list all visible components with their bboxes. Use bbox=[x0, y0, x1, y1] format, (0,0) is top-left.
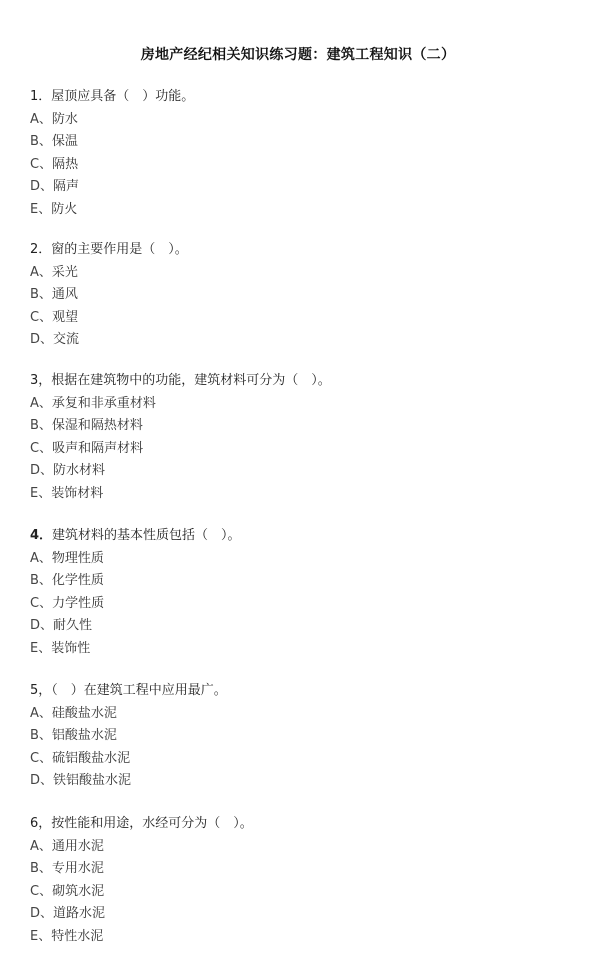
option-text: 铁铝酸盐水泥 bbox=[53, 773, 131, 788]
option-e: E、装饰材料 bbox=[30, 483, 570, 506]
option-e: E、防火 bbox=[30, 199, 570, 222]
question-text: 根据在建筑物中的功能，建筑材料可分为（ ）。 bbox=[51, 373, 331, 388]
option-letter: D、 bbox=[30, 615, 53, 638]
option-text: 通用水泥 bbox=[52, 839, 104, 854]
option-text: 吸声和隔声材料 bbox=[52, 441, 143, 456]
option-letter: C、 bbox=[30, 748, 52, 771]
option-text: 隔声 bbox=[53, 179, 79, 194]
option-text: 硅酸盐水泥 bbox=[52, 706, 117, 721]
option-text: 铝酸盐水泥 bbox=[52, 728, 117, 743]
option-letter: C、 bbox=[30, 307, 52, 330]
option-text: 砌筑水泥 bbox=[52, 884, 104, 899]
option-d: D、耐久性 bbox=[30, 615, 570, 638]
question-1: 1．屋顶应具备（ ）功能。 A、防水 B、保温 C、隔热 D、隔声 E、防火 bbox=[30, 86, 570, 222]
option-e: E、特性水泥 bbox=[30, 926, 570, 949]
option-b: B、保湿和隔热材料 bbox=[30, 415, 570, 438]
option-letter: A、 bbox=[30, 262, 52, 285]
option-letter: E、 bbox=[30, 926, 51, 949]
option-c: C、硫铝酸盐水泥 bbox=[30, 748, 570, 771]
option-letter: A、 bbox=[30, 703, 52, 726]
question-stem: 3，根据在建筑物中的功能，建筑材料可分为（ ）。 bbox=[30, 370, 570, 393]
document-page: 房地产经纪相关知识练习题：建筑工程知识（二） 1．屋顶应具备（ ）功能。 A、防… bbox=[0, 0, 596, 968]
option-text: 防水材料 bbox=[53, 463, 105, 478]
option-a: A、硅酸盐水泥 bbox=[30, 703, 570, 726]
option-text: 通风 bbox=[52, 287, 78, 302]
option-d: D、防水材料 bbox=[30, 460, 570, 483]
option-text: 防火 bbox=[51, 202, 77, 217]
option-text: 承复和非承重材料 bbox=[52, 396, 156, 411]
option-text: 采光 bbox=[52, 265, 78, 280]
option-a: A、通用水泥 bbox=[30, 836, 570, 859]
question-stem: 1．屋顶应具备（ ）功能。 bbox=[30, 86, 570, 109]
option-text: 隔热 bbox=[52, 157, 78, 172]
option-letter: B、 bbox=[30, 415, 52, 438]
option-c: C、砌筑水泥 bbox=[30, 881, 570, 904]
option-c: C、吸声和隔声材料 bbox=[30, 438, 570, 461]
question-stem: 5，（ ）在建筑工程中应用最广。 bbox=[30, 680, 570, 703]
document-title: 房地产经纪相关知识练习题：建筑工程知识（二） bbox=[0, 44, 596, 64]
option-text: 交流 bbox=[53, 332, 79, 347]
option-text: 硫铝酸盐水泥 bbox=[52, 751, 130, 766]
option-letter: D、 bbox=[30, 770, 53, 793]
option-letter: E、 bbox=[30, 638, 51, 661]
option-letter: B、 bbox=[30, 284, 52, 307]
question-4: 4．建筑材料的基本性质包括（ ）。 A、物理性质 B、化学性质 C、力学性质 D… bbox=[30, 525, 570, 661]
option-d: D、道路水泥 bbox=[30, 903, 570, 926]
option-text: 保温 bbox=[52, 134, 78, 149]
question-number: 3， bbox=[30, 373, 51, 388]
option-text: 装饰材料 bbox=[51, 486, 103, 501]
question-6: 6，按性能和用途，水经可分为（ ）。 A、通用水泥 B、专用水泥 C、砌筑水泥 … bbox=[30, 813, 570, 949]
option-letter: B、 bbox=[30, 570, 52, 593]
option-d: D、隔声 bbox=[30, 176, 570, 199]
option-b: B、保温 bbox=[30, 131, 570, 154]
option-a: A、防水 bbox=[30, 109, 570, 132]
option-c: C、力学性质 bbox=[30, 593, 570, 616]
option-letter: C、 bbox=[30, 438, 52, 461]
option-text: 化学性质 bbox=[52, 573, 104, 588]
option-letter: A、 bbox=[30, 109, 52, 132]
option-b: B、铝酸盐水泥 bbox=[30, 725, 570, 748]
option-d: D、交流 bbox=[30, 329, 570, 352]
option-letter: A、 bbox=[30, 548, 52, 571]
option-b: B、化学性质 bbox=[30, 570, 570, 593]
option-text: 防水 bbox=[52, 112, 78, 127]
option-letter: B、 bbox=[30, 858, 52, 881]
option-b: B、专用水泥 bbox=[30, 858, 570, 881]
question-3: 3，根据在建筑物中的功能，建筑材料可分为（ ）。 A、承复和非承重材料 B、保湿… bbox=[30, 370, 570, 506]
option-a: A、采光 bbox=[30, 262, 570, 285]
option-letter: E、 bbox=[30, 483, 51, 506]
option-text: 物理性质 bbox=[52, 551, 104, 566]
option-d: D、铁铝酸盐水泥 bbox=[30, 770, 570, 793]
option-a: A、承复和非承重材料 bbox=[30, 393, 570, 416]
question-5: 5，（ ）在建筑工程中应用最广。 A、硅酸盐水泥 B、铝酸盐水泥 C、硫铝酸盐水… bbox=[30, 680, 570, 793]
question-number: 2． bbox=[30, 242, 51, 257]
option-letter: D、 bbox=[30, 460, 53, 483]
option-text: 装饰性 bbox=[51, 641, 90, 656]
question-number: 5， bbox=[30, 683, 51, 698]
option-text: 特性水泥 bbox=[51, 929, 103, 944]
option-text: 道路水泥 bbox=[53, 906, 105, 921]
option-letter: E、 bbox=[30, 199, 51, 222]
option-letter: D、 bbox=[30, 176, 53, 199]
question-stem: 2．窗的主要作用是（ ）。 bbox=[30, 239, 570, 262]
option-c: C、观望 bbox=[30, 307, 570, 330]
option-e: E、装饰性 bbox=[30, 638, 570, 661]
question-text: 屋顶应具备（ ）功能。 bbox=[51, 89, 194, 104]
question-2: 2．窗的主要作用是（ ）。 A、采光 B、通风 C、观望 D、交流 bbox=[30, 239, 570, 352]
question-number: 1． bbox=[30, 89, 51, 104]
question-number: 4． bbox=[30, 528, 52, 543]
question-text: 建筑材料的基本性质包括（ ）。 bbox=[52, 528, 241, 543]
option-text: 力学性质 bbox=[52, 596, 104, 611]
option-a: A、物理性质 bbox=[30, 548, 570, 571]
question-text: （ ）在建筑工程中应用最广。 bbox=[51, 683, 227, 698]
option-text: 保湿和隔热材料 bbox=[52, 418, 143, 433]
question-number: 6， bbox=[30, 816, 51, 831]
question-stem: 4．建筑材料的基本性质包括（ ）。 bbox=[30, 525, 570, 548]
option-letter: C、 bbox=[30, 154, 52, 177]
option-letter: B、 bbox=[30, 131, 52, 154]
question-text: 按性能和用途，水经可分为（ ）。 bbox=[51, 816, 253, 831]
option-b: B、通风 bbox=[30, 284, 570, 307]
option-text: 观望 bbox=[52, 310, 78, 325]
question-stem: 6，按性能和用途，水经可分为（ ）。 bbox=[30, 813, 570, 836]
option-text: 耐久性 bbox=[53, 618, 92, 633]
option-letter: C、 bbox=[30, 593, 52, 616]
option-letter: D、 bbox=[30, 903, 53, 926]
option-letter: C、 bbox=[30, 881, 52, 904]
option-letter: A、 bbox=[30, 836, 52, 859]
option-c: C、隔热 bbox=[30, 154, 570, 177]
option-letter: A、 bbox=[30, 393, 52, 416]
option-letter: B、 bbox=[30, 725, 52, 748]
option-text: 专用水泥 bbox=[52, 861, 104, 876]
option-letter: D、 bbox=[30, 329, 53, 352]
question-text: 窗的主要作用是（ ）。 bbox=[51, 242, 188, 257]
